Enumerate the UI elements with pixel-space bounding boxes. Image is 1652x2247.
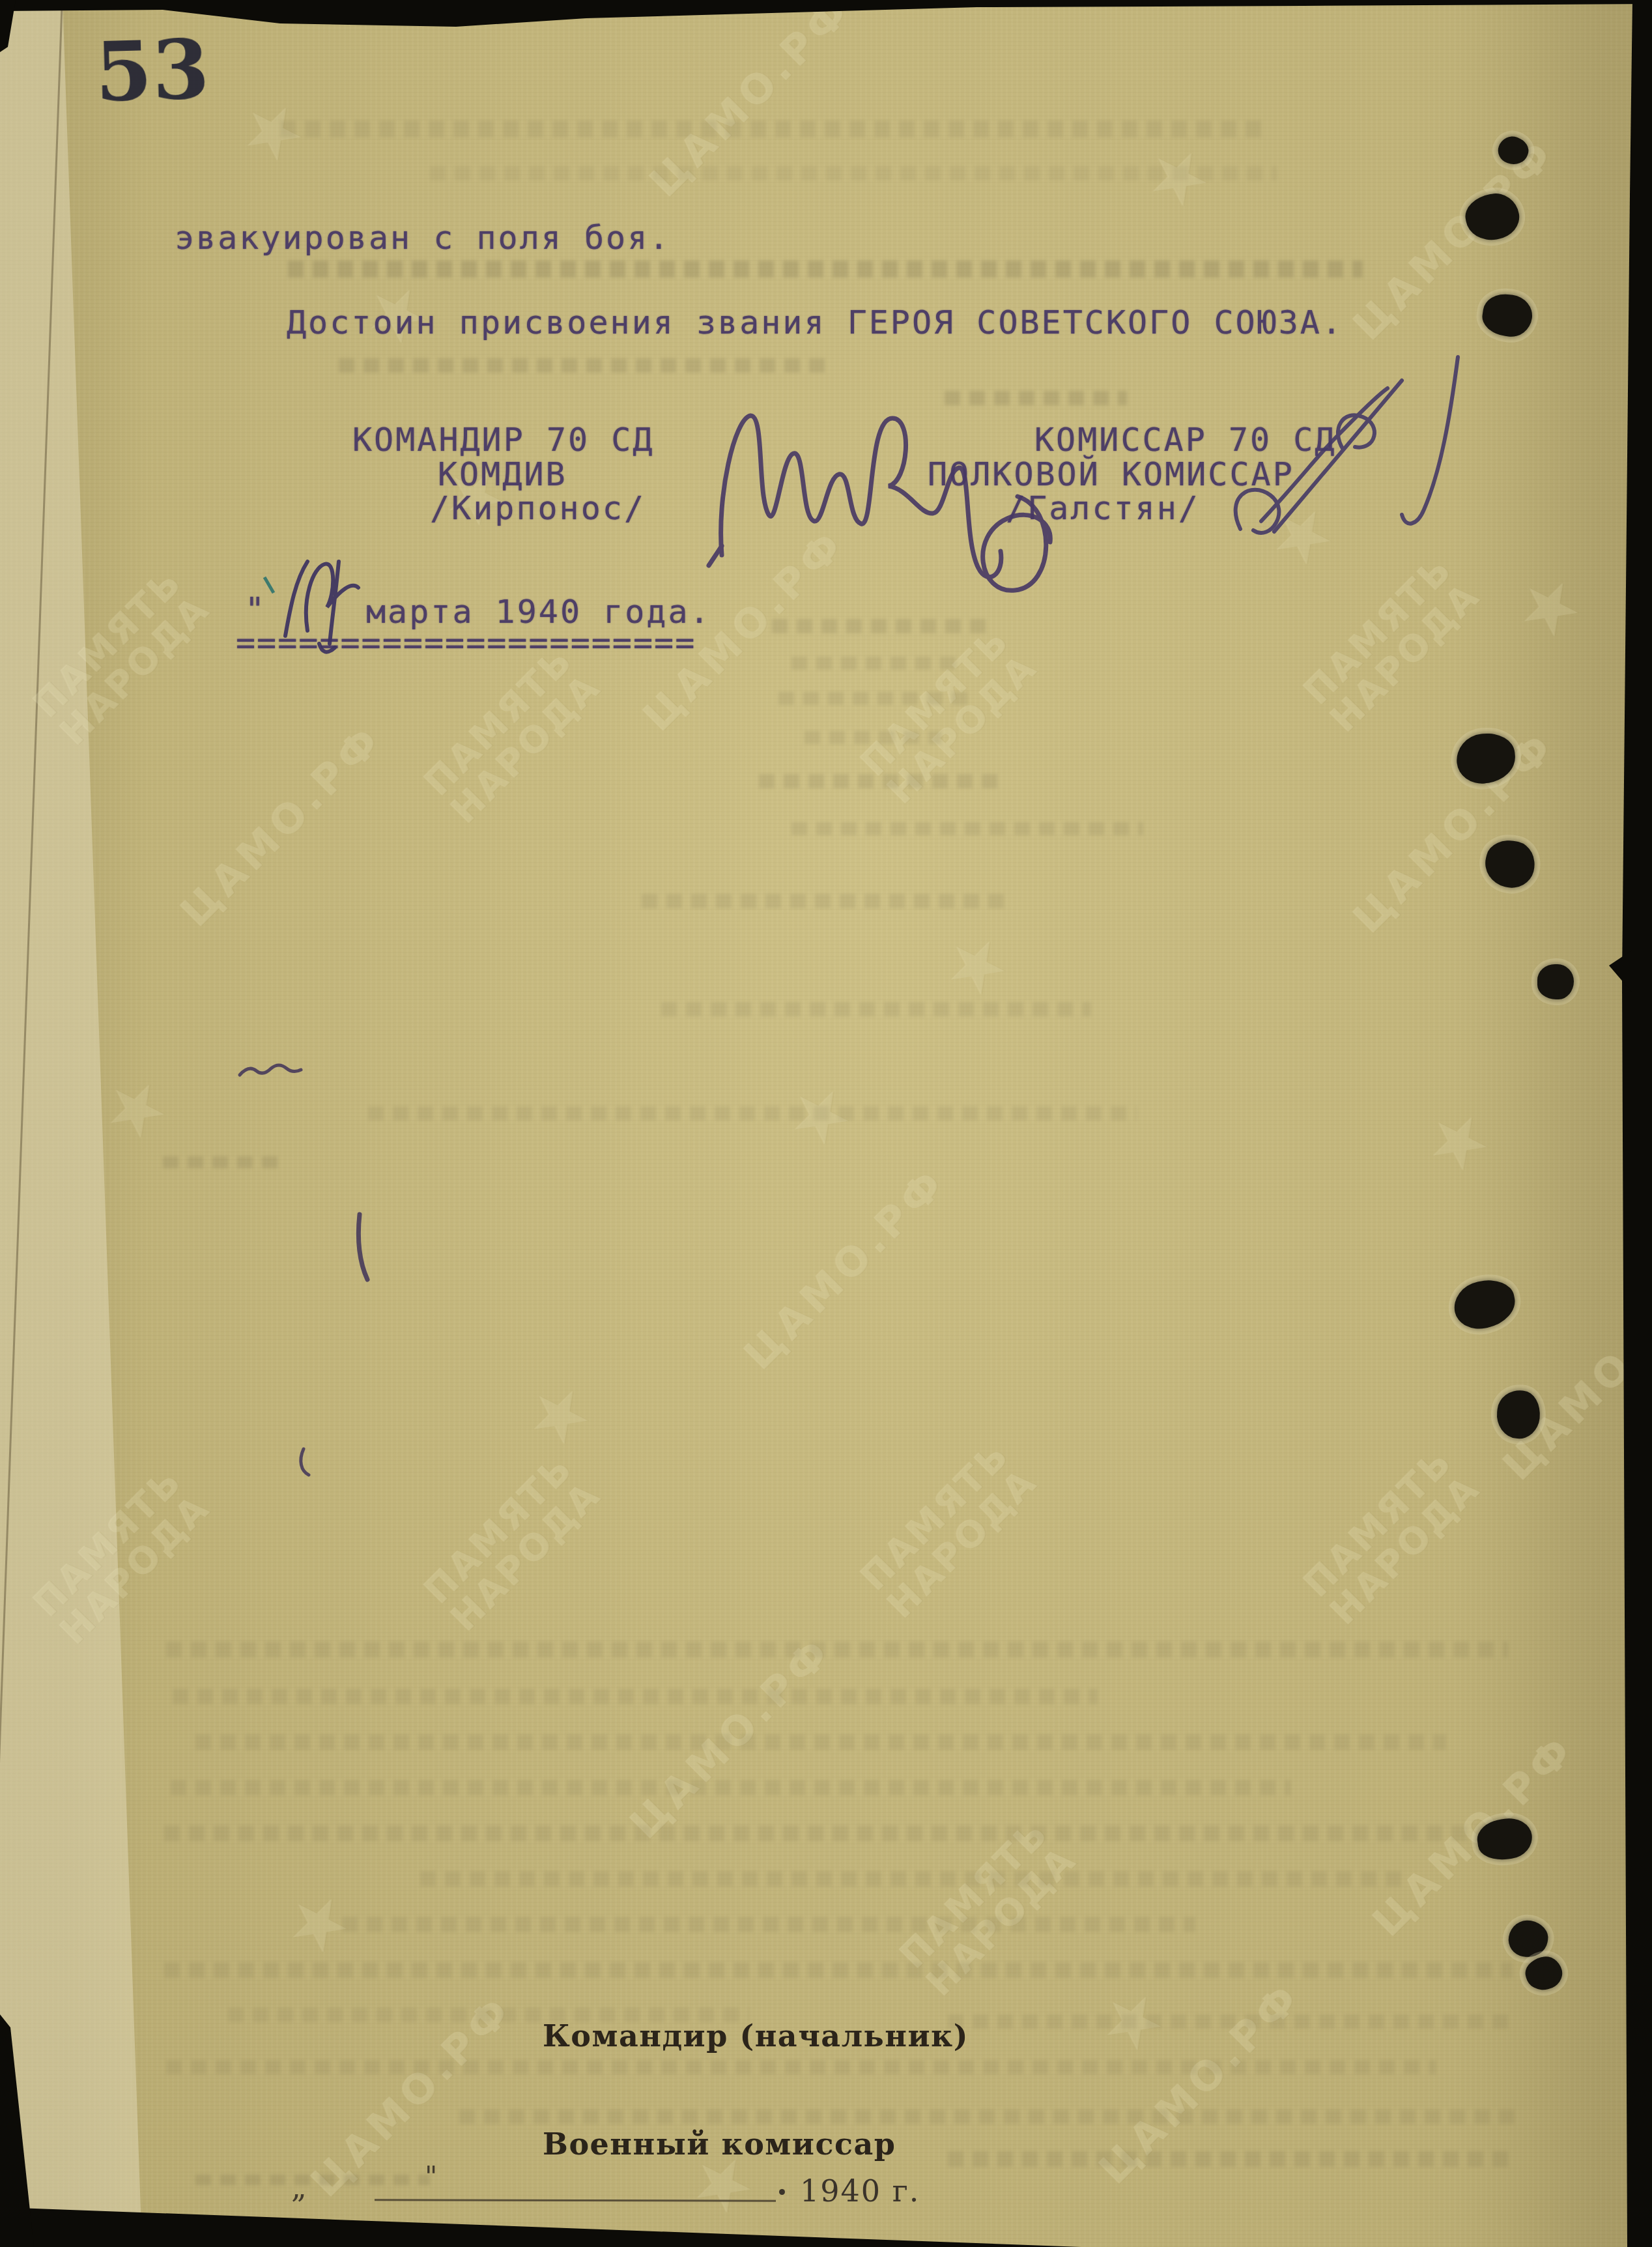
commissar-name: /Галстян/ <box>1006 489 1200 527</box>
bottom-open-quote: „ <box>291 2169 307 2205</box>
commissar-rank: ПОЛКОВОЙ КОМИССАР <box>928 455 1294 493</box>
ghost-text-line <box>772 619 987 633</box>
ghost-text-line <box>791 657 961 670</box>
commissar-title: КОМИССАР 70 СД <box>1034 421 1336 459</box>
ghost-text-line <box>173 1689 1098 1704</box>
ghost-text-line <box>945 391 1127 405</box>
ghost-text-line <box>195 2175 430 2185</box>
ghost-text-line <box>778 692 974 705</box>
commander-name: /Кирпонос/ <box>430 489 646 527</box>
ghost-text-line <box>171 1780 1291 1796</box>
ghost-text-line <box>948 2151 1508 2167</box>
ghost-text-line <box>368 1106 1137 1121</box>
scanned-document-page: ЦАМО.РФЦАМО.РФЦАМО.РФЦАМО.РФЦАМО.РФЦАМО.… <box>0 0 1652 2247</box>
page-number-stamp: 53 <box>94 21 210 121</box>
ghost-text-line <box>430 166 1277 180</box>
ghost-text-line <box>642 894 1013 908</box>
date-open-quote: " <box>245 590 266 628</box>
ghost-text-line <box>288 261 1363 278</box>
ghost-text-line <box>166 1642 1508 1657</box>
ghost-text-line <box>164 1962 1513 1978</box>
commander-rank: КОМДИВ <box>438 455 567 493</box>
ghost-text-line <box>459 2110 1515 2124</box>
bottom-year-text: 1940 г. <box>800 2173 920 2209</box>
ghost-text-line <box>759 774 1006 788</box>
commander-title: КОМАНДИР 70 СД <box>352 421 654 459</box>
punch-hole <box>1537 964 1574 999</box>
printed-commander-label: Командир (начальник) <box>543 2018 969 2054</box>
ghost-text-line <box>791 822 1143 835</box>
ghost-text-line <box>166 2060 1436 2074</box>
ghost-text-line <box>420 1871 1404 1887</box>
ghost-text-line <box>805 731 941 744</box>
ghost-text-line <box>195 1734 1446 1750</box>
ghost-text-line <box>164 1825 1513 1841</box>
typed-line-hero-award: Достоин присвоения звания ГЕРОЯ СОВЕТСКО… <box>287 304 1343 341</box>
bottom-mid-quote: " <box>425 2160 437 2192</box>
ghost-text-line <box>339 358 834 373</box>
bottom-rule-dot <box>779 2189 785 2195</box>
ghost-text-line <box>661 1002 1091 1016</box>
typed-line-evacuated: эвакуирован с поля боя. <box>175 219 670 257</box>
ghost-text-line <box>948 2014 1508 2029</box>
printed-commissar-label: Военный комиссар <box>543 2126 896 2162</box>
ghost-text-line <box>342 1917 1195 1932</box>
ghost-text-line <box>280 121 1270 137</box>
ghost-text-line <box>163 1156 287 1168</box>
date-underline: ====================== <box>236 624 696 662</box>
